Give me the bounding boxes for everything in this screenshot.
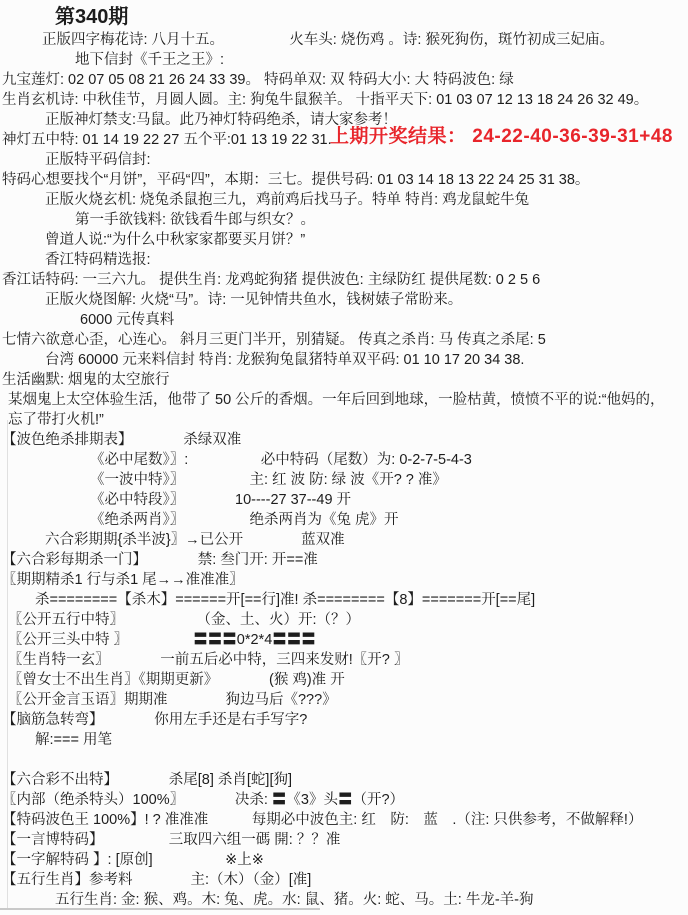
line-jinyan-yuyu: 〖公开金言玉语〗期期准 狗边马后《???》 — [0, 690, 688, 710]
line-bose-juesha: 【波色绝杀排期表】 杀绿双准 — [0, 430, 688, 450]
line-juesha-liangxiao: 《绝杀两肖》〗 绝杀两肖为《兔 虎》开 — [0, 510, 688, 530]
line-shengxiao-poem: 生肖玄机诗: 中秋佳节，月圆人圆。主: 狗兔牛鼠猴羊。 十指平天下: 01 03… — [0, 90, 688, 110]
line-zengdaoren: 曾道人说:“为什么中秋家家都要买月饼？” — [0, 230, 688, 250]
last-draw-result: 上期开奖结果： 24-22-40-36-39-31+48 — [330, 127, 673, 147]
line-jingsha-hang-wei: 〖期期精杀1 行与杀1 尾→→准准准〗 — [0, 570, 688, 590]
line-underground-envelope: 地下信封《千王之王》: — [0, 50, 688, 70]
scan-artifact-bottom-line — [0, 908, 320, 910]
line-naojin-jizhuanwan: 【脑筋急转弯】 你用左手还是右手写字? — [0, 710, 688, 730]
lottery-tip-sheet: 第340期 正版四字梅花诗: 八月十五。 火车头: 烧伤鸡 。诗: 猴死狗伤，斑… — [0, 0, 688, 915]
line-tema-bosewang: 【特码波色王 100%】! ? 准准准 每期必中波色主: 红 防: 蓝 .（注:… — [0, 810, 688, 830]
line-naojin-answer: 解:=== 用笔 — [0, 730, 688, 750]
line-bizhong-teduan: 《必中特段》〗 10----27 37--49 开 — [0, 490, 688, 510]
line-huoshao-xuanji: 正版火烧玄机: 烧兔杀鼠抱三九，鸡前鸡后找马子。特单 特肖: 鸡龙鼠蛇牛兔 — [0, 190, 688, 210]
line-sha-shamu: 杀========【杀木】======开[==行]准! 杀========【8】… — [0, 590, 688, 610]
line-taiwan-60000: 台湾 60000 元来料信封 特肖: 龙猴狗兔鼠猪特单双平码: 01 10 17… — [0, 350, 688, 370]
line-youmo-body-2: 忘了带打火机!” — [0, 410, 688, 430]
issue-title: 第340期 — [0, 5, 688, 30]
line-qiqingliuyu: 七情六欲意心歪，心连心。 斜月三更门半开，别猜疑。 传真之杀肖: 马 传真之杀尾… — [0, 330, 688, 350]
line-xiangjiang-report: 香江特码精选报: — [0, 250, 688, 270]
line-yuqianliao: 第一手欲钱料: 欲钱看牛郎与织女？。 — [0, 210, 688, 230]
line-huoshao-tujie: 正版火烧图解: 火烧“马”。诗: 一见钟情共鱼水，钱树婊子常盼来。 — [0, 290, 688, 310]
line-buchute: 【六合彩不出特】 杀尾[8] 杀肖[蛇][狗] — [0, 770, 688, 790]
line-qiqi-shabanbo: 六合彩期期{杀半波}〗→已公开 蓝双准 — [0, 530, 688, 550]
line-santou-zhongte: 〖公开三头中特 〗 〓〓〓0*2*4〓〓〓 — [0, 630, 688, 650]
line-xiangjiang-tema: 香江话特码: 一三六九。 提供生肖: 龙鸡蛇狗猪 提供波色: 主绿防红 提供尾数… — [0, 270, 688, 290]
line-chuanzhen-6000: 6000 元传真料 — [0, 310, 688, 330]
line-shenghuo-youmo-title: 生活幽默: 烟鬼的太空旅行 — [0, 370, 688, 390]
line-tepingma-envelope: 正版特平码信封: — [0, 150, 688, 170]
line-wuxing-shengxiao-detail: 五行生肖: 金: 猴、鸡。木: 兔、虎。水: 鼠、猪。火: 蛇、马。土: 牛龙-… — [0, 890, 688, 910]
spacer — [0, 750, 688, 770]
line-wuxing-zhongte: 〖公开五行中特〗 （金、土、火）开:（？） — [0, 610, 688, 630]
line-youmo-body-1: 某烟鬼上太空体验生活，他带了 50 公斤的香烟。一年后回到地球，一脸枯黄，愤愤不… — [0, 390, 688, 410]
line-yizi-jie-tema: 【一字解特码 】: [原创] ※上※ — [0, 850, 688, 870]
line-yiyanbo-tema: 【一言博特码】 三取四六组一碼 開: ？？准 — [0, 830, 688, 850]
line-bizhong-weishu: 《必中尾数》〗: 必中特码（尾数）为: 0-2-7-5-4-3 — [0, 450, 688, 470]
last-draw-result-numbers: 24-22-40-36-39-31+48 — [472, 126, 673, 147]
line-wuxing-shengxiao: 【五行生肖】参考料 主:（木）（金）[准] — [0, 870, 688, 890]
line-tema-yuebing: 特码心想要找个“月饼”，平码“四”，本期：三七。提供号码: 01 03 14 1… — [0, 170, 688, 190]
line-neibu-jueshatetou: 〖内部（绝杀特头）100%〗 决杀: 〓《3》头〓（开?） — [0, 790, 688, 810]
line-shengxiao-teyixuan: 〖生肖特一玄〗 一前五后必中特，三四来发财!〖开? 〗 — [0, 650, 688, 670]
line-jiubao-liandeng: 九宝莲灯: 02 07 05 08 21 26 24 33 39。 特码单双: … — [0, 70, 688, 90]
last-draw-result-label: 上期开奖结果： — [330, 126, 472, 147]
line-meihua-poem: 正版四字梅花诗: 八月十五。 火车头: 烧伤鸡 。诗: 猴死狗伤，斑竹初成三妃庙… — [0, 30, 688, 50]
line-meiqi-shayimen: 【六合彩每期杀一门】 禁: 叁门开: 开==准 — [0, 550, 688, 570]
line-yibo-zhongte: 《一波中特》〗 主: 红 波 防: 绿 波《开? ? 准》 — [0, 470, 688, 490]
line-zengnvshi: 〖曾女士不出生肖〗《期期更新》 (猴 鸡)准 开 — [0, 670, 688, 690]
scan-artifact-left-line — [7, 420, 8, 910]
